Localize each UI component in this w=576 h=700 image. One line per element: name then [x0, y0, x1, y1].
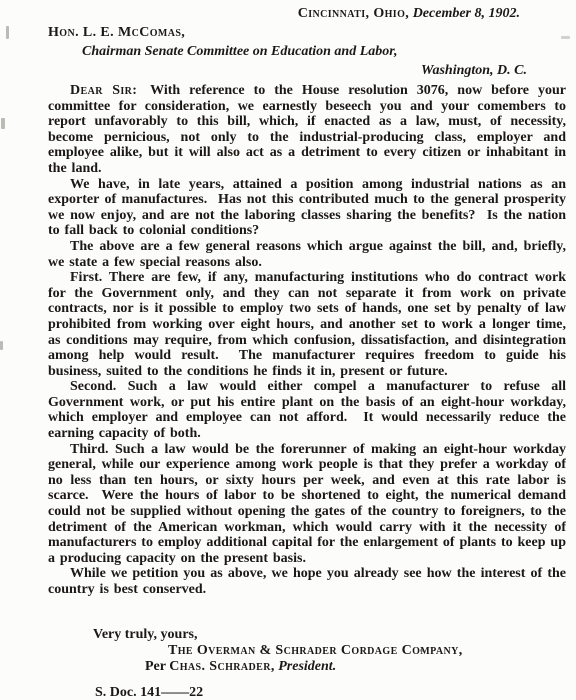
salutation-paragraph: Dear Sir: With reference to the House re…: [48, 83, 566, 177]
company-signature: The Overman & Schrader Cordage Company,: [168, 643, 566, 659]
paragraph-3: The above are a few general reasons whic…: [48, 239, 566, 270]
paragraph-6: Third. Such a law would be the forerunne…: [48, 442, 566, 567]
salutation: Dear Sir:: [70, 83, 137, 98]
paragraph-4: First. There are few, if any, manufactur…: [48, 270, 566, 379]
scan-artifact: [1, 118, 5, 129]
scan-artifact: [420, 649, 423, 652]
recipient-location: Washington, D. C.: [48, 61, 566, 80]
valediction: Very truly, yours,: [93, 626, 566, 643]
recipient-name: Hon. L. E. McComas,: [48, 23, 566, 42]
signer-title: President.: [278, 659, 336, 674]
paragraph-7: While we petition you as above, we hope …: [48, 566, 566, 597]
recipient-title: Chairman Senate Committee on Education a…: [82, 42, 566, 61]
paragraph-2: We have, in late years, attained a posit…: [48, 177, 566, 239]
paragraph-5: Second. Such a law would either compel a…: [48, 379, 566, 441]
signer-name: Chas. Schrader,: [169, 659, 275, 674]
document-number: S. Doc. 141——22: [95, 685, 566, 700]
scan-artifact: [0, 341, 3, 350]
scan-artifact: [6, 26, 9, 39]
dateline: Cincinnati, Ohio, December 8, 1902.: [48, 4, 566, 23]
dateline-date: December 8, 1902.: [413, 6, 520, 21]
letter-body: Dear Sir: With reference to the House re…: [48, 83, 566, 625]
scan-artifact: [561, 36, 570, 39]
per-prefix: Per: [145, 659, 166, 674]
signer-line: Per Chas. Schrader, President.: [145, 659, 566, 675]
dateline-place: Cincinnati, Ohio,: [298, 6, 409, 21]
letter-page: Cincinnati, Ohio, December 8, 1902. Hon.…: [0, 0, 576, 700]
